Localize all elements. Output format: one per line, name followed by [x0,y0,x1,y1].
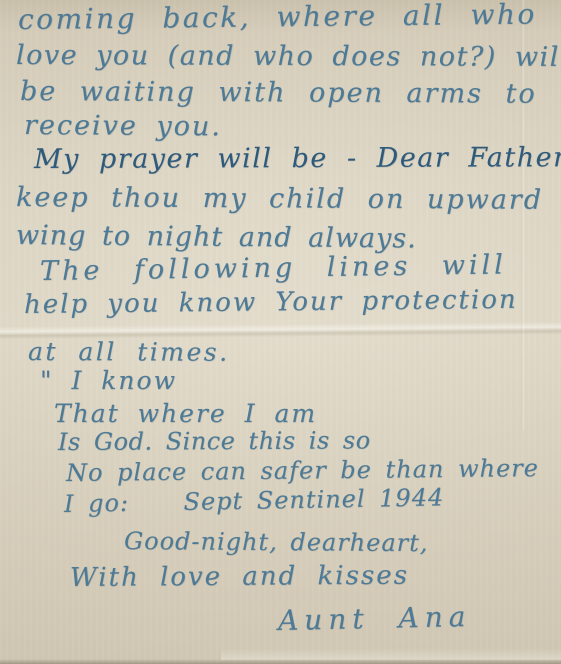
letter-line-prayer-opening: My prayer will be - Dear Father [34,142,561,175]
letter-line: help you know Your protection [24,285,518,320]
letter-line: receive you. [24,110,222,142]
signature: Aunt Ana [278,600,472,637]
quote-line: No place can safer be than where [66,454,539,487]
quote-line: Is God. Since this is so [58,426,371,456]
letter-line: coming back, where all who [18,0,537,36]
quote-attribution-line: I go: Sept Sentinel 1944 [64,483,445,518]
quote-line: That where I am [54,399,317,428]
letter-line: wing to night and always. [16,220,417,254]
closing-line: Good-night, dearheart, [124,527,429,557]
letter-line: keep thou my child on upward [16,182,543,216]
letter-line: at all times. [28,337,230,367]
page-bottom-shadow [0,659,561,664]
letter-page: coming back, where all who love you (and… [0,0,561,664]
quote-line: " I know [40,366,177,395]
letter-line: The following lines will [40,249,507,287]
letter-line: be waiting with open arms to [20,76,537,110]
letter-line: love you (and who does not?) will [16,40,561,73]
closing-line: With love and kisses [70,561,409,593]
